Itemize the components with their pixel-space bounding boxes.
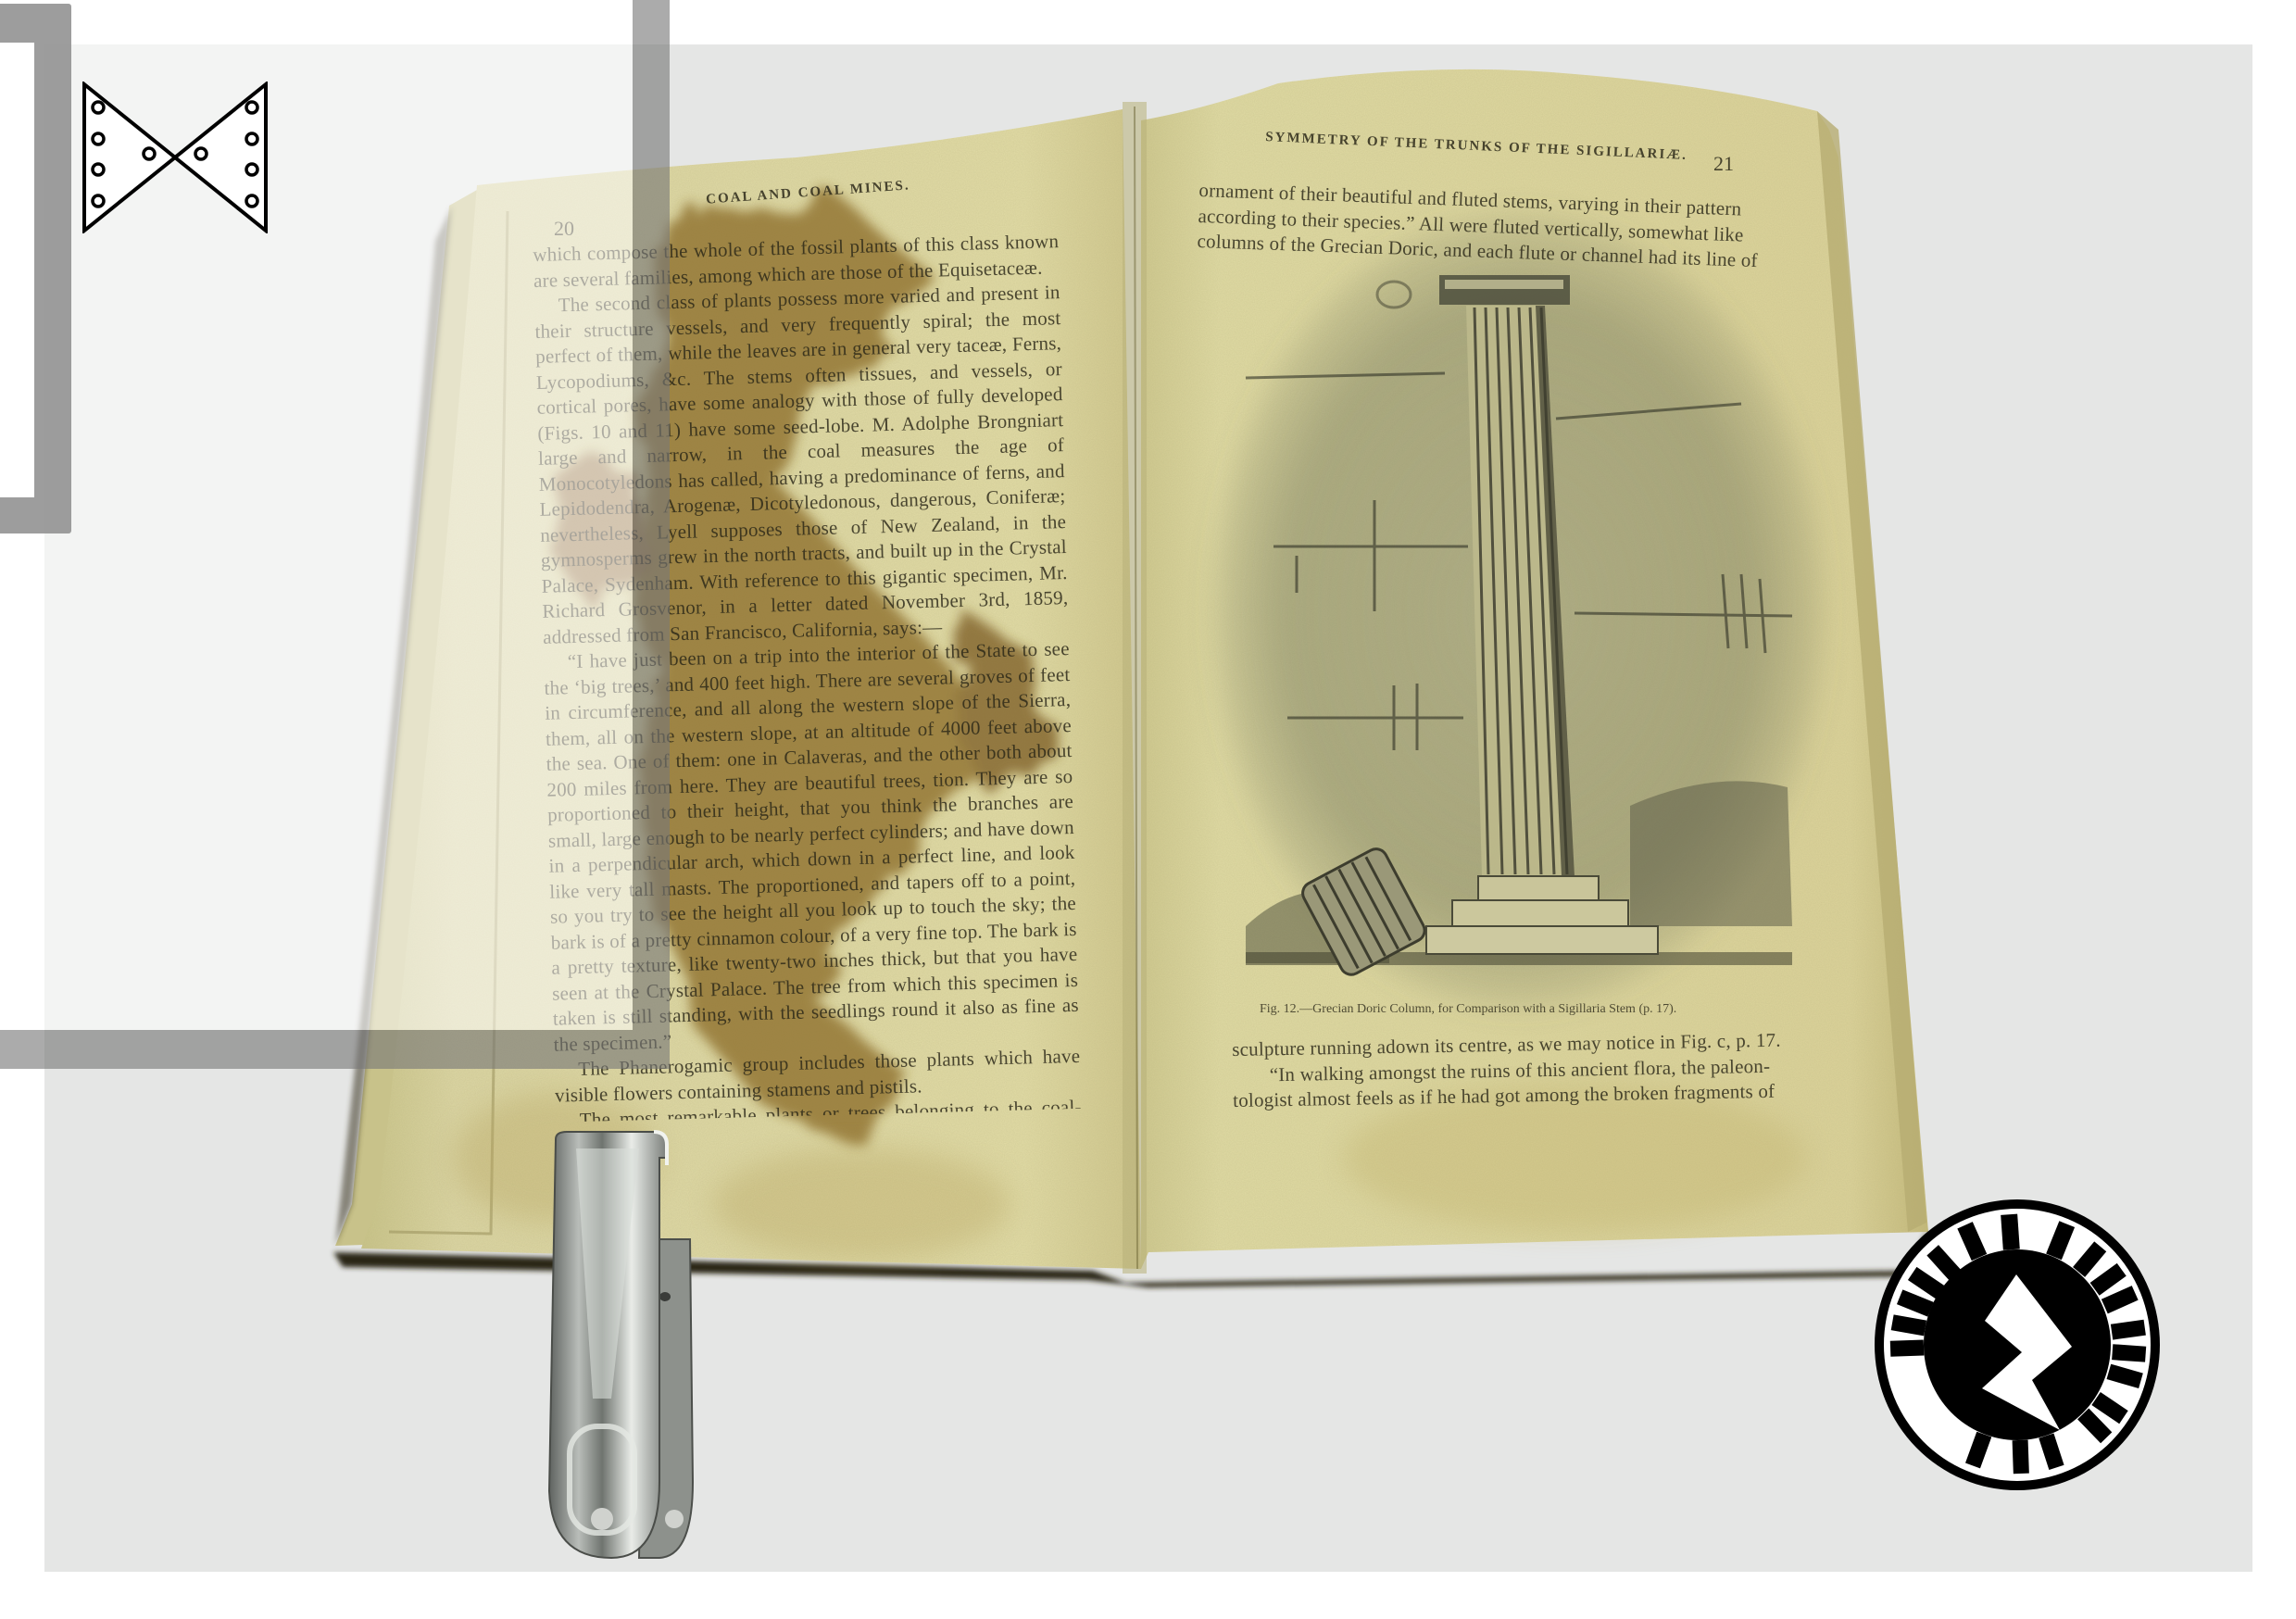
right-page-number: 21 [1713,152,1734,176]
small-frame-inner [0,43,34,497]
overlay-frame-horizontal-bar [0,1030,633,1069]
right-page-bottom-lines: sculpture running adown its centre, as w… [1232,1027,1826,1114]
lightning-emblem-icon [1871,1196,2164,1495]
doric-column-illustration [1213,213,1825,1010]
overlay-frame-vertical-bar [633,0,670,1069]
figure-caption: Fig. 12.—Grecian Doric Column, for Compa… [1260,1002,1676,1017]
bowtie-icon [82,82,269,233]
